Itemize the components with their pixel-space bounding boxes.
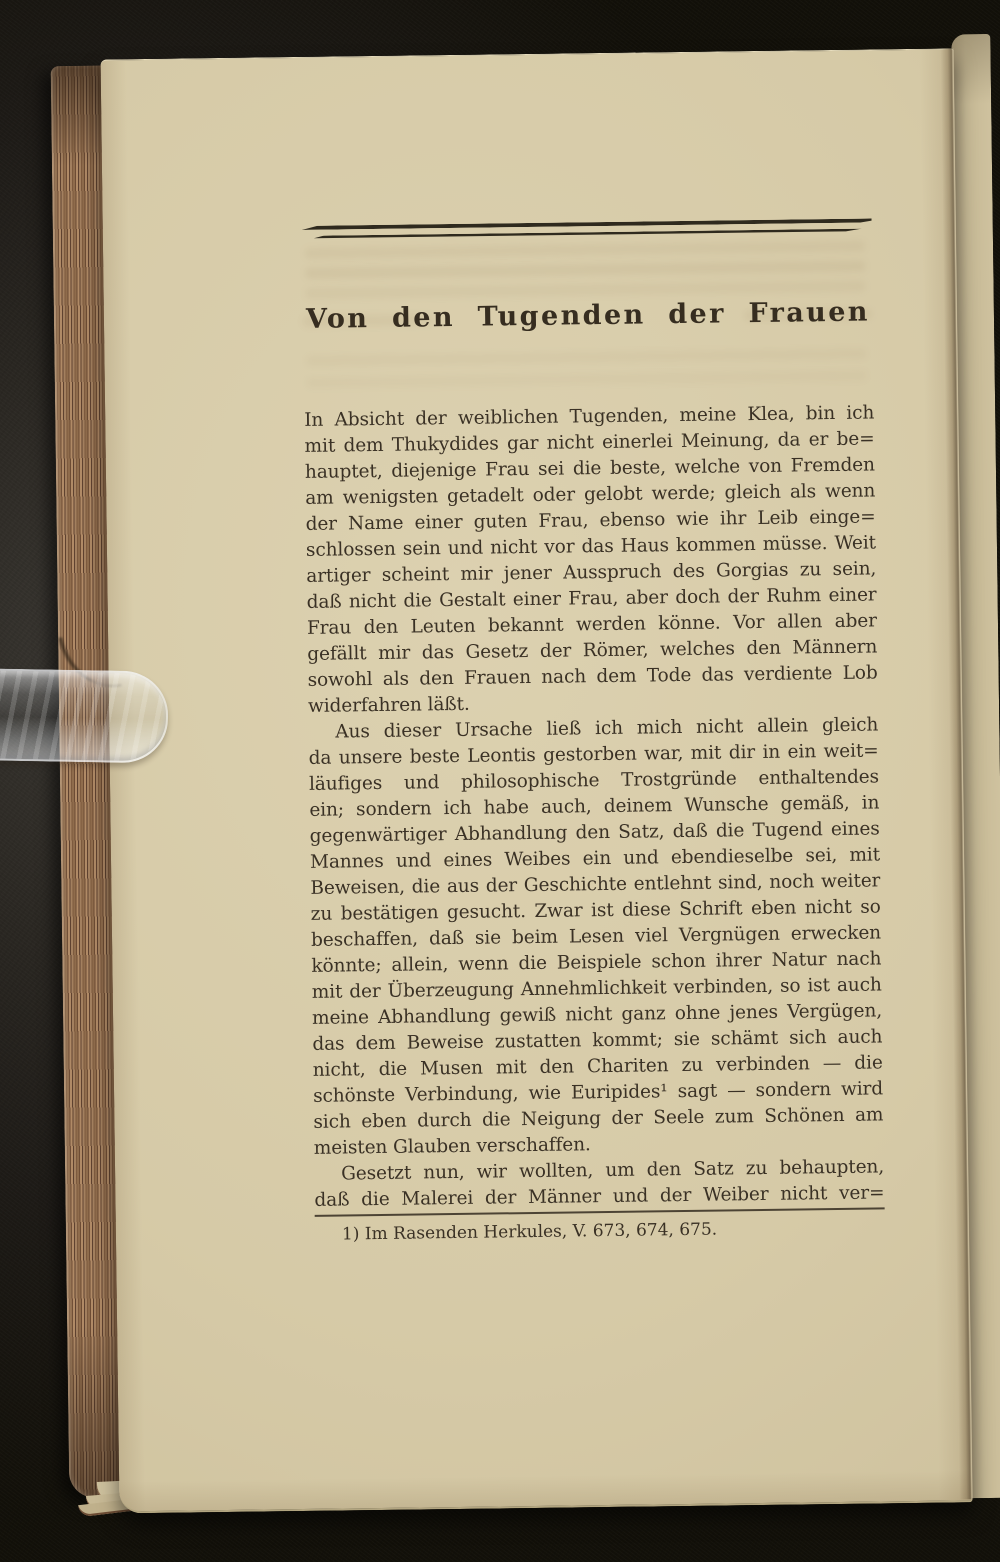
- show-through-ghost: [307, 371, 867, 388]
- footnote: 1) Im Rasenden Herkules, V. 673, 674, 67…: [342, 1220, 717, 1245]
- body-text: In Absicht der weiblichen Tugenden, mein…: [304, 400, 885, 1213]
- page-holder-clip: [0, 668, 169, 763]
- chapter-title: Von den Tugenden der Frauen: [303, 296, 873, 334]
- ornamental-double-rule-bottom: [314, 229, 862, 239]
- ornamental-double-rule-top: [302, 218, 872, 229]
- show-through-ghost: [306, 349, 866, 366]
- book: Von den Tugenden der Frauen In Absicht d…: [0, 0, 1000, 1562]
- show-through-ghost: [305, 241, 865, 259]
- show-through-ghost: [306, 281, 866, 299]
- show-through-ghost: [305, 261, 865, 279]
- page-content: Von den Tugenden der Frauen In Absicht d…: [101, 49, 973, 1511]
- book-page: Von den Tugenden der Frauen In Absicht d…: [101, 48, 973, 1513]
